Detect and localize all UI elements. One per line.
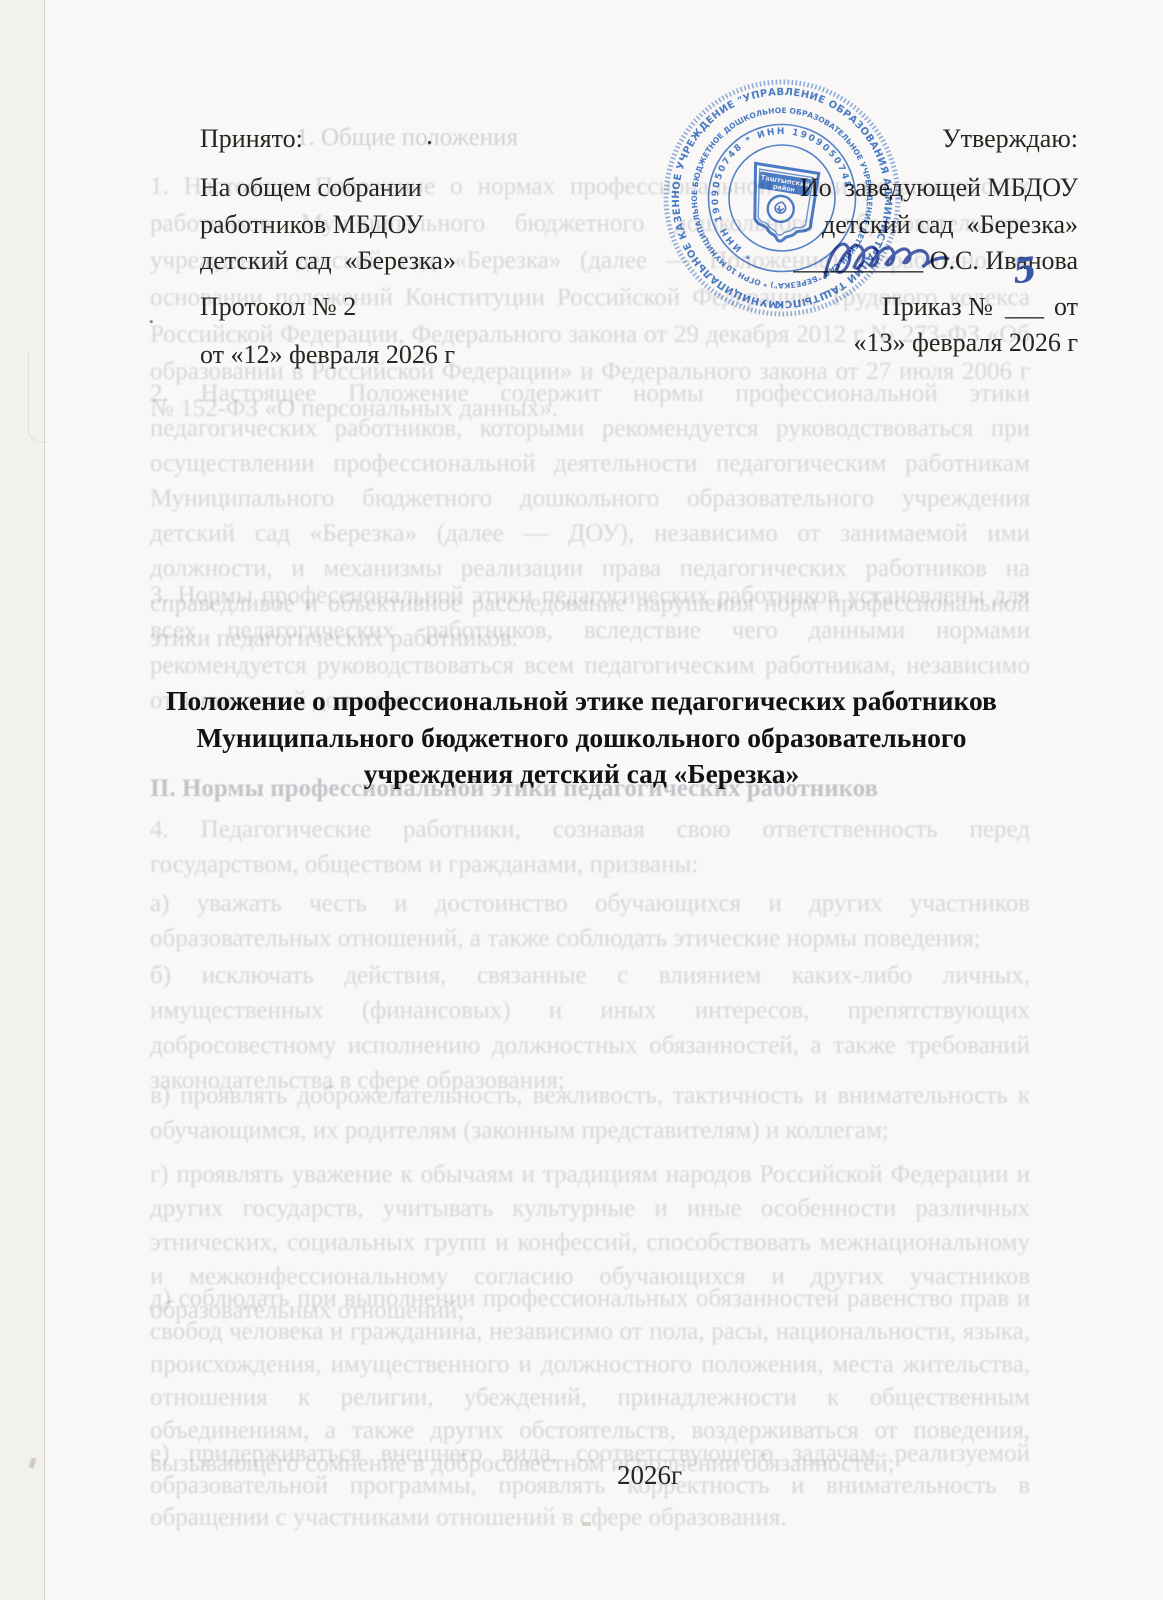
order-blank-line: ___ (1005, 292, 1044, 321)
order-suffix: от (1054, 292, 1078, 321)
footer-year: 2026г (617, 1460, 682, 1491)
ghost-text-heading: 1. Общие положения (296, 124, 518, 152)
accepted-body-line: детский сад «Березка» (200, 246, 456, 276)
accepted-body-line: На общем собрании (200, 173, 422, 203)
scan-speck (582, 1522, 591, 1526)
scanned-document-page: 1. Общие положения 1. Настоящее Положени… (0, 0, 1163, 1600)
ghost-text-paragraph: б) исключать действия, связанные с влиян… (150, 958, 1030, 1098)
ghost-text-paragraph: а) уважать честь и достоинство обучающих… (150, 886, 1030, 956)
order-date: «13» февраля 2026 г (853, 328, 1078, 358)
ghost-text-paragraph: 4. Педагогические работники, сознавая св… (150, 812, 1030, 882)
order-number-handwritten: 5 (1011, 255, 1038, 288)
ghost-text-paragraph: е) придерживаться внешнего вида, соответ… (150, 1438, 1030, 1534)
seal-crest-emblem (774, 201, 786, 215)
protocol-date: от «12» февраля 2026 г (200, 340, 455, 370)
order-line: Приказ №5___от (882, 292, 1078, 322)
scan-edge-left (0, 0, 45, 1600)
stray-dot: . (148, 300, 155, 330)
document-title: Положение о профессиональной этике педаг… (0, 683, 1163, 793)
seal-crest: Таштыпский район (744, 163, 819, 245)
accepted-body-line: работников МБДОУ (200, 210, 423, 240)
stray-dot: . (426, 120, 433, 152)
order-number-blank: 5___ (1005, 292, 1044, 322)
ghost-text-paragraph: в) проявлять доброжелательность, вежливо… (150, 1078, 1030, 1148)
protocol-number: Протокол № 2 (200, 292, 356, 322)
approved-label: Утверждаю: (942, 124, 1078, 154)
document-title-line-2: Муниципального бюджетного дошкольного об… (0, 720, 1163, 757)
document-title-line-1: Положение о профессиональной этике педаг… (0, 683, 1163, 720)
scan-artifact-hook (28, 352, 47, 443)
document-title-line-3: учреждения детский сад «Березка» (0, 756, 1163, 793)
accepted-label: Принято: (200, 124, 303, 154)
